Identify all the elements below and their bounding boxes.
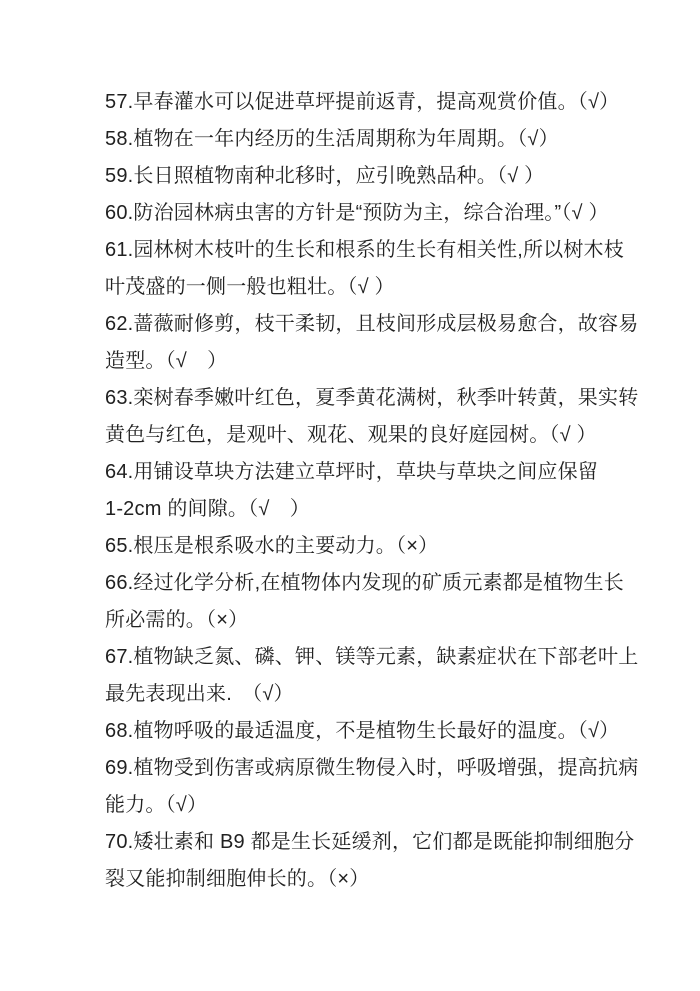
question-line: 最先表现出来. （√） bbox=[105, 676, 650, 713]
question-line: 裂又能抑制细胞伸长的。（×） bbox=[105, 861, 650, 898]
question-line: 叶茂盛的一侧一般也粗壮。（√ ） bbox=[105, 269, 650, 306]
question-line: 63.栾树春季嫩叶红色，夏季黄花满树，秋季叶转黄，果实转 bbox=[105, 380, 650, 417]
question-line: 70.矮壮素和 B9 都是生长延缓剂，它们都是既能抑制细胞分 bbox=[105, 824, 650, 861]
question-item-65: 65.根压是根系吸水的主要动力。（×） bbox=[105, 528, 650, 565]
question-item-57: 57.早春灌水可以促进草坪提前返青，提高观赏价值。（√） bbox=[105, 84, 650, 121]
question-line: 64.用铺设草块方法建立草坪时，草块与草块之间应保留 bbox=[105, 454, 650, 491]
question-line: 57.早春灌水可以促进草坪提前返青，提高观赏价值。（√） bbox=[105, 84, 650, 121]
question-line: 能力。（√） bbox=[105, 787, 650, 824]
question-item-62: 62.蔷薇耐修剪，枝干柔韧，且枝间形成层极易愈合，故容易造型。（√ ） bbox=[105, 306, 650, 380]
question-line: 62.蔷薇耐修剪，枝干柔韧，且枝间形成层极易愈合，故容易 bbox=[105, 306, 650, 343]
question-line: 黄色与红色，是观叶、观花、观果的良好庭园树。（√ ） bbox=[105, 417, 650, 454]
question-line: 1-2cm 的间隙。（√ ） bbox=[105, 491, 650, 528]
question-item-60: 60.防治园林病虫害的方针是“预防为主，综合治理。”（√ ） bbox=[105, 195, 650, 232]
question-line: 69.植物受到伤害或病原微生物侵入时，呼吸增强，提高抗病 bbox=[105, 750, 650, 787]
question-item-59: 59.长日照植物南种北移时，应引晚熟品种。（√ ） bbox=[105, 158, 650, 195]
question-item-70: 70.矮壮素和 B9 都是生长延缓剂，它们都是既能抑制细胞分裂又能抑制细胞伸长的… bbox=[105, 824, 650, 898]
question-line: 66.经过化学分析,在植物体内发现的矿质元素都是植物生长 bbox=[105, 565, 650, 602]
question-item-63: 63.栾树春季嫩叶红色，夏季黄花满树，秋季叶转黄，果实转黄色与红色，是观叶、观花… bbox=[105, 380, 650, 454]
document-page: 57.早春灌水可以促进草坪提前返青，提高观赏价值。（√）58.植物在一年内经历的… bbox=[0, 0, 700, 991]
question-line: 造型。（√ ） bbox=[105, 343, 650, 380]
question-line: 61.园林树木枝叶的生长和根系的生长有相关性,所以树木枝 bbox=[105, 232, 650, 269]
question-line: 68.植物呼吸的最适温度，不是植物生长最好的温度。（√） bbox=[105, 713, 650, 750]
question-list: 57.早春灌水可以促进草坪提前返青，提高观赏价值。（√）58.植物在一年内经历的… bbox=[105, 84, 650, 898]
question-item-68: 68.植物呼吸的最适温度，不是植物生长最好的温度。（√） bbox=[105, 713, 650, 750]
question-item-61: 61.园林树木枝叶的生长和根系的生长有相关性,所以树木枝叶茂盛的一侧一般也粗壮。… bbox=[105, 232, 650, 306]
question-line: 58.植物在一年内经历的生活周期称为年周期。（√） bbox=[105, 121, 650, 158]
question-item-66: 66.经过化学分析,在植物体内发现的矿质元素都是植物生长所必需的。（×） bbox=[105, 565, 650, 639]
question-line: 所必需的。（×） bbox=[105, 602, 650, 639]
question-line: 59.长日照植物南种北移时，应引晚熟品种。（√ ） bbox=[105, 158, 650, 195]
question-item-64: 64.用铺设草块方法建立草坪时，草块与草块之间应保留1-2cm 的间隙。（√ ） bbox=[105, 454, 650, 528]
question-item-67: 67.植物缺乏氮、磷、钾、镁等元素，缺素症状在下部老叶上最先表现出来. （√） bbox=[105, 639, 650, 713]
question-line: 60.防治园林病虫害的方针是“预防为主，综合治理。”（√ ） bbox=[105, 195, 650, 232]
question-item-58: 58.植物在一年内经历的生活周期称为年周期。（√） bbox=[105, 121, 650, 158]
question-line: 65.根压是根系吸水的主要动力。（×） bbox=[105, 528, 650, 565]
question-item-69: 69.植物受到伤害或病原微生物侵入时，呼吸增强，提高抗病能力。（√） bbox=[105, 750, 650, 824]
question-line: 67.植物缺乏氮、磷、钾、镁等元素，缺素症状在下部老叶上 bbox=[105, 639, 650, 676]
